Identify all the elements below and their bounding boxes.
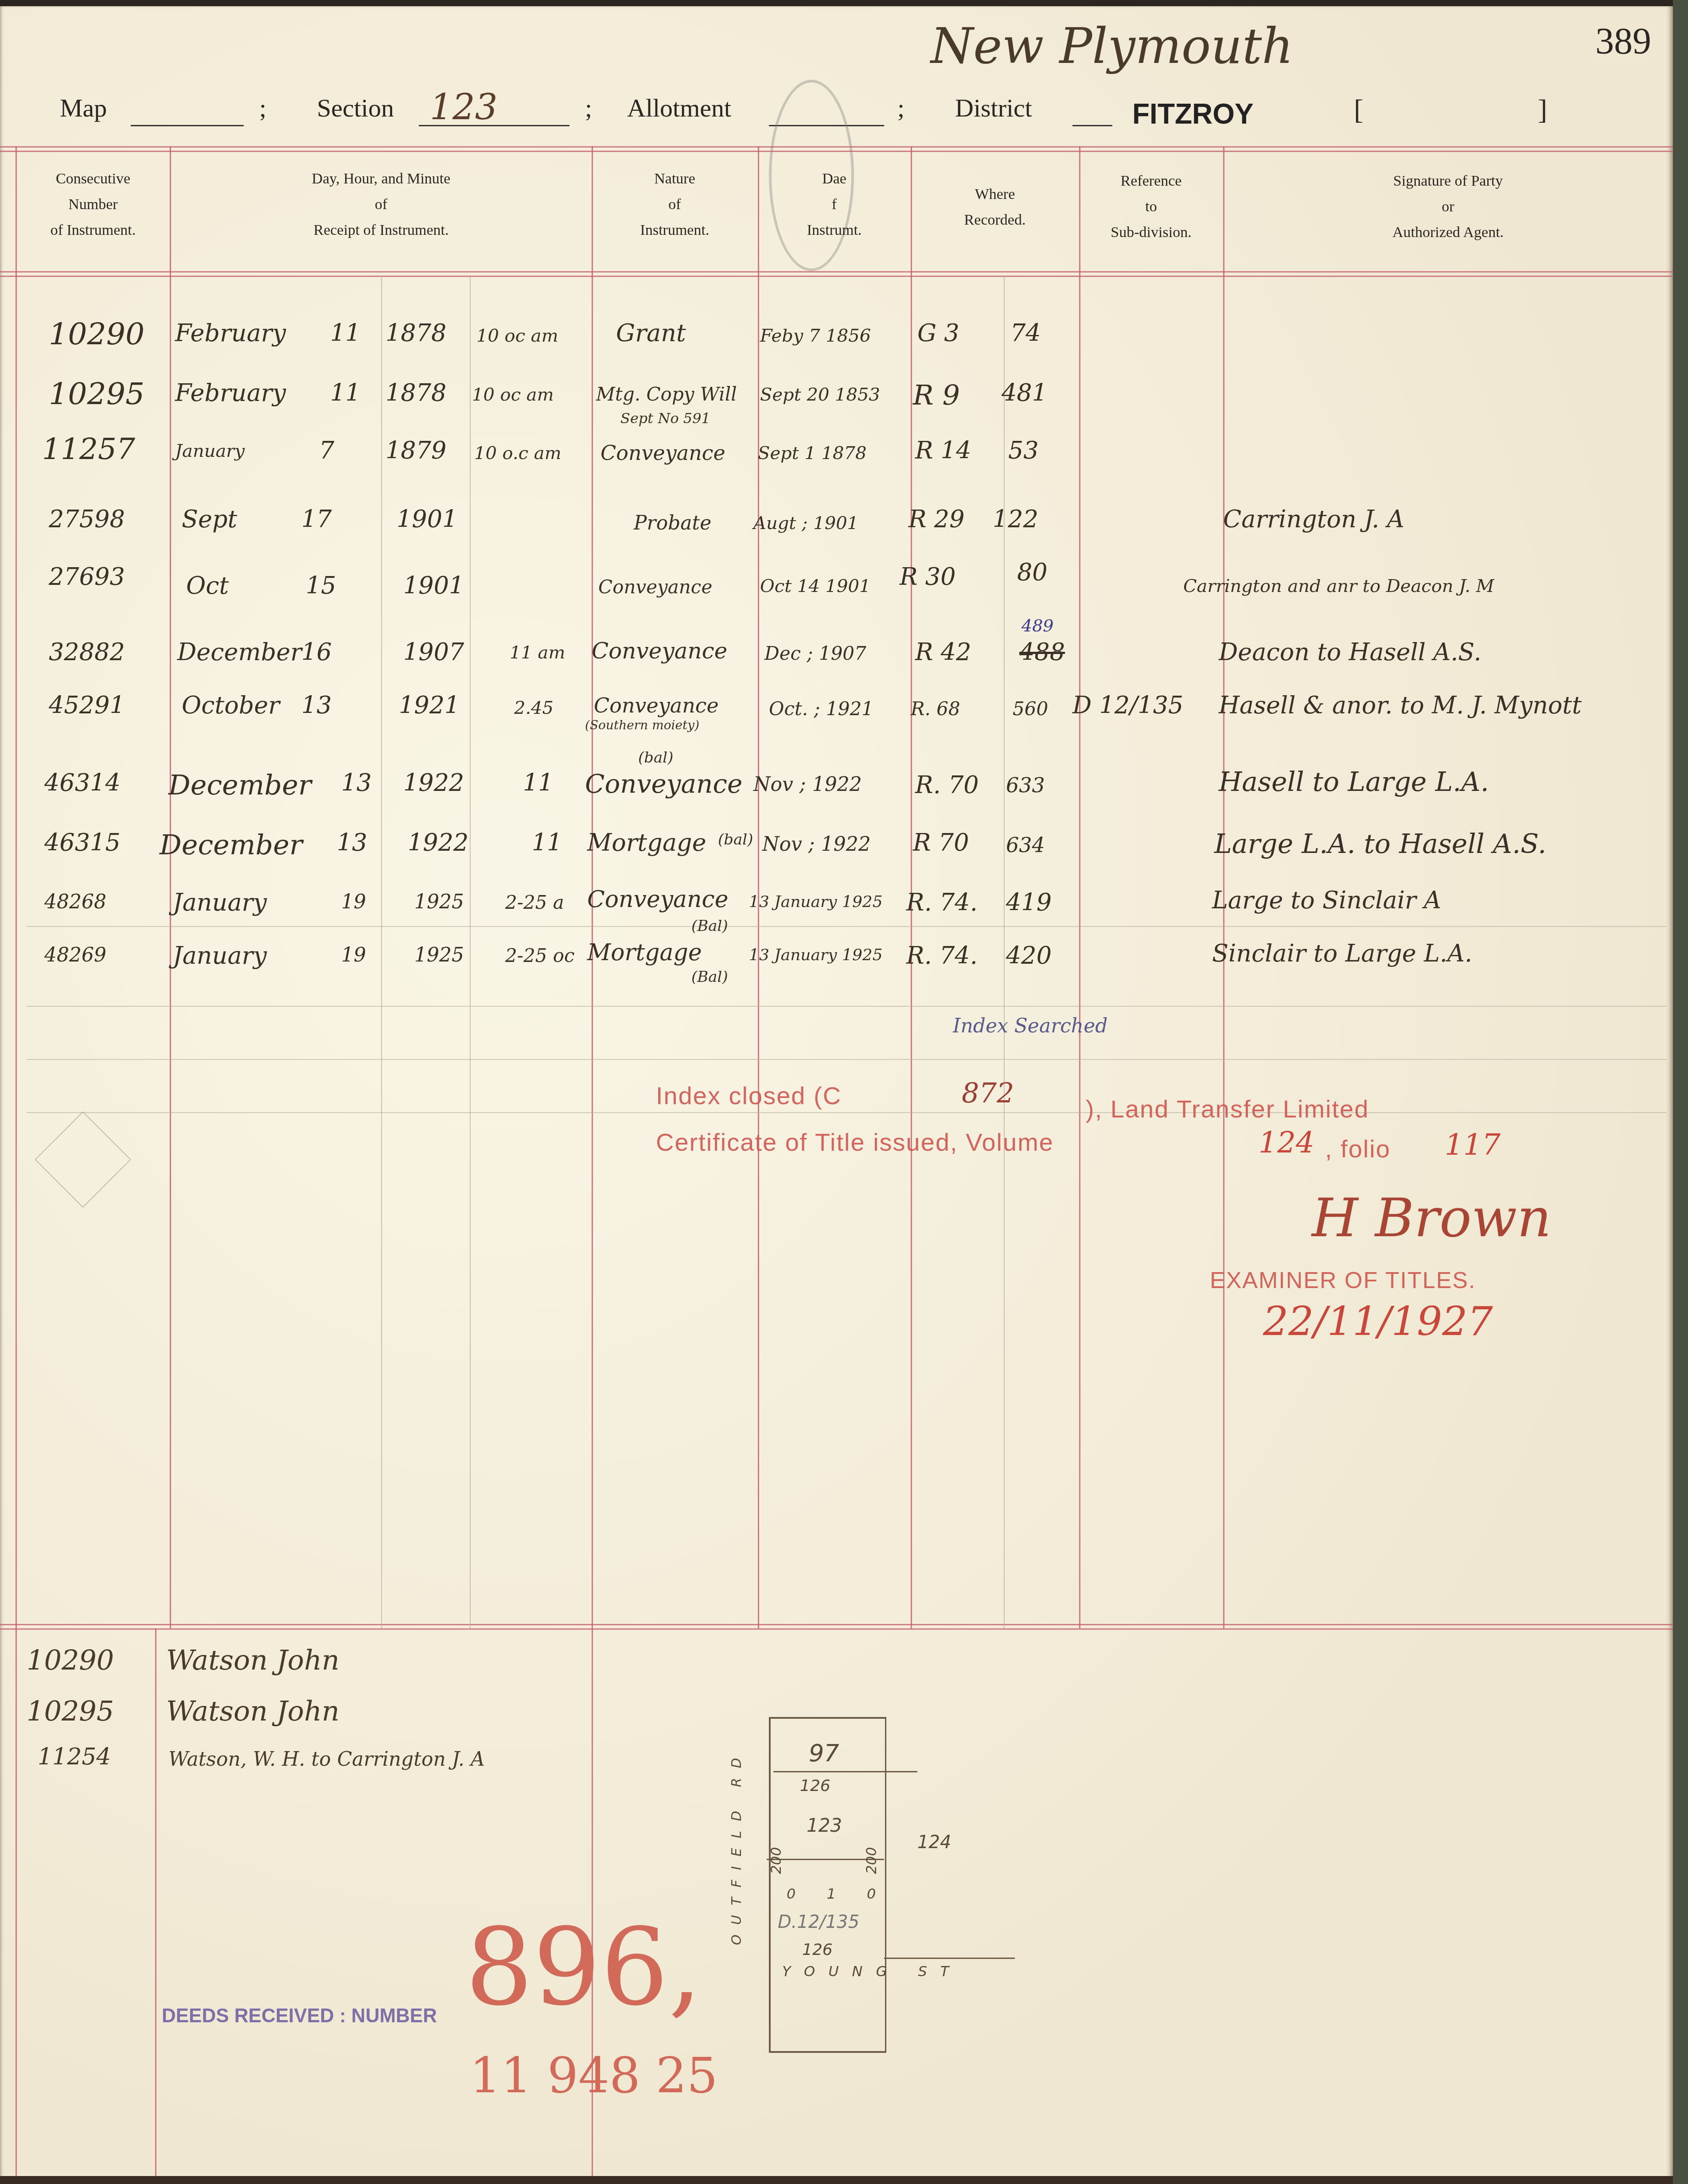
entry-time: 11 — [523, 769, 554, 797]
subcol-folio — [1004, 276, 1005, 1628]
examiner-title: EXAMINER OF TITLES. — [1210, 1267, 1476, 1294]
sketch-dim-126-top: 126 — [800, 1777, 830, 1795]
col-line-1 — [170, 146, 171, 1628]
entry-month: January — [173, 888, 267, 916]
entry-number: 27598 — [49, 505, 125, 533]
col-header-nature: Nature of Instrument. — [594, 166, 756, 243]
entry-year: 1901 — [397, 505, 457, 533]
entry-book: R. 68 — [911, 698, 960, 720]
entry-book: R. 70 — [915, 771, 979, 799]
entry-month: February — [175, 379, 286, 407]
entry-date: Augt ; 1901 — [753, 513, 858, 533]
col-line-3 — [758, 146, 759, 1628]
entry-year: 1879 — [386, 436, 446, 464]
entry-signature: Deacon to Hasell A.S. — [1219, 638, 1481, 666]
entry-book: R. 74. — [906, 888, 978, 916]
entry-signature: Large L.A. to Hasell A.S. — [1214, 829, 1546, 860]
section-field — [419, 125, 569, 126]
entry-book: G 3 — [917, 319, 959, 347]
district-field — [1072, 125, 1112, 126]
col-line-2 — [592, 146, 593, 2184]
entry-nature-note: Sept No 591 — [620, 410, 710, 427]
sketch-lot-outline — [769, 1717, 886, 2053]
examiner-date: 22/11/1927 — [1263, 1298, 1493, 1345]
col-header-reference: Reference to Sub-division. — [1081, 168, 1221, 245]
row-rule — [27, 1059, 1666, 1060]
entry-date: Sept 20 1853 — [760, 385, 880, 405]
entry-folio: 420 — [1006, 942, 1052, 969]
index-name: Watson, W. H. to Carrington J. A — [168, 1748, 485, 1771]
entry-nature: Conveyance — [592, 638, 727, 664]
entry-month: December — [160, 829, 303, 861]
entry-book: R. 74. — [906, 942, 978, 969]
col-line-lower-1 — [155, 1628, 156, 2184]
sketch-line-young — [884, 1958, 1015, 1959]
entry-month: Sept — [182, 505, 237, 533]
deeds-number: 896, — [465, 1905, 702, 2029]
entry-month: February — [175, 319, 286, 347]
allotment-sep: ; — [897, 93, 904, 123]
bracket-close: ] — [1538, 93, 1547, 126]
entry-folio: 74 — [1010, 319, 1041, 347]
entry-number: 11257 — [42, 432, 135, 466]
entry-year: 1907 — [403, 638, 464, 666]
col-line-5 — [1079, 146, 1080, 1628]
entry-day: 11 — [330, 379, 361, 407]
entry-date: Sept 1 1878 — [758, 443, 866, 463]
entry-nature: Mortgage — [587, 939, 702, 966]
entry-folio: 53 — [1008, 436, 1039, 464]
sketch-line-97 — [773, 1771, 917, 1772]
allotment-label: Allotment — [627, 93, 731, 123]
col-header-signature: Signature of Party or Authorized Agent. — [1225, 168, 1671, 245]
entry-time: 11 am — [510, 642, 565, 663]
header-bottom-rule — [0, 271, 1673, 273]
entry-day: 17 — [301, 505, 332, 533]
subcol-year — [470, 276, 471, 1628]
entry-time: 2-25 oc — [505, 945, 575, 966]
entry-day: 15 — [306, 572, 336, 600]
col-line-4 — [911, 146, 912, 1628]
page-bottom-edge — [0, 2176, 1673, 2184]
index-number: 11254 — [38, 1744, 111, 1770]
col-header-number: Consecutive Number of Instrument. — [18, 166, 168, 243]
lower-section-rule-2 — [0, 1628, 1673, 1630]
index-searched-note: Index Searched — [953, 1015, 1107, 1037]
col-header-date: Dae f Instrumt. — [760, 166, 908, 243]
entry-month: December — [168, 769, 312, 801]
entry-folio: 122 — [993, 505, 1038, 533]
entry-folio: 633 — [1006, 773, 1045, 797]
entry-folio-struck: 488 — [1019, 638, 1065, 666]
entry-signature: Large to Sinclair A — [1212, 886, 1441, 914]
entry-number: 10290 — [49, 317, 144, 352]
col-line-left-margin — [16, 146, 17, 2184]
entry-day: 19 — [341, 944, 366, 966]
entry-signature: Carrington J. A — [1223, 505, 1404, 533]
stamp-folio: 117 — [1445, 1128, 1501, 1162]
entry-month: December — [177, 638, 302, 666]
entry-signature: Sinclair to Large L.A. — [1212, 939, 1472, 967]
page-top-edge — [0, 0, 1673, 6]
row-rule — [27, 926, 1666, 927]
entry-nature: Grant — [616, 319, 686, 347]
stamp-folio-label: , folio — [1325, 1134, 1391, 1163]
entry-time: 2.45 — [514, 698, 554, 718]
subcol-day — [381, 276, 382, 1628]
entry-day: 13 — [301, 691, 332, 719]
entry-folio: 80 — [1017, 558, 1048, 586]
entry-nature: Probate — [634, 512, 711, 534]
index-number: 10290 — [27, 1644, 114, 1676]
row-rule — [27, 1006, 1666, 1007]
entry-month: October — [182, 691, 280, 719]
entry-number: 27693 — [49, 563, 125, 591]
bracket-open: [ — [1354, 93, 1363, 126]
sketch-dim-left: 200 — [768, 1847, 784, 1874]
stamp-index-closed: Index closed (C — [656, 1081, 842, 1110]
sketch-dim-126-bottom: 126 — [802, 1941, 833, 1959]
entry-number: 48268 — [44, 891, 106, 913]
col-header-where: Where Recorded. — [913, 182, 1077, 233]
entry-nature-note: (Bal) — [691, 968, 728, 986]
entry-book: R 29 — [908, 505, 965, 533]
stamp-certificate: Certificate of Title issued, Volume — [656, 1128, 1054, 1156]
col-header-receipt: Day, Hour, and Minute of Receipt of Inst… — [173, 166, 589, 243]
entry-date: Dec ; 1907 — [764, 642, 866, 664]
entry-nature-note: (Bal) — [691, 917, 728, 935]
entry-year: 1878 — [386, 379, 446, 407]
entry-nature: Conveyance — [600, 441, 725, 465]
entry-nature-note: (Southern moiety) — [585, 718, 699, 732]
sketch-lot-97: 97 — [809, 1739, 839, 1767]
index-number: 10295 — [27, 1695, 114, 1727]
entry-day: 13 — [337, 829, 367, 856]
deeds-received-stamp: DEEDS RECEIVED : NUMBER — [162, 2005, 437, 2027]
entry-signature: Hasell & anor. to M. J. Mynott — [1219, 691, 1582, 719]
stamp-land-transfer: ), Land Transfer Limited — [1086, 1094, 1369, 1123]
entry-month: Oct — [186, 572, 229, 600]
entry-folio: 560 — [1013, 698, 1048, 720]
section-value: 123 — [430, 86, 498, 128]
sketch-ref: D.12/135 — [778, 1912, 859, 1932]
entry-year: 1878 — [386, 319, 446, 347]
deeds-sub-number: 11 948 25 — [470, 2047, 718, 2104]
sketch-lot-124: 124 — [917, 1832, 951, 1853]
entry-book: R 9 — [913, 379, 960, 411]
entry-signature: Hasell to Large L.A. — [1219, 767, 1489, 798]
entry-year: 1925 — [414, 944, 464, 966]
sketch-dim-right: 200 — [863, 1847, 880, 1874]
entry-number: 46315 — [44, 829, 121, 856]
district-value: FITZROY — [1132, 97, 1254, 130]
section-label: Section — [317, 93, 394, 123]
entry-time: 10 oc am — [476, 326, 558, 346]
map-sep: ; — [259, 93, 266, 123]
entry-day: 16 — [301, 638, 332, 666]
entry-date: Nov ; 1922 — [762, 833, 871, 856]
entry-time: 10 oc am — [472, 385, 554, 405]
place-title: New Plymouth — [931, 18, 1293, 74]
header-top-rule — [0, 146, 1673, 148]
ledger-page: New Plymouth 389 Map ; Section 123 ; All… — [0, 0, 1673, 2184]
entry-folio: 634 — [1006, 833, 1045, 857]
entry-nature: Mortgage — [587, 829, 706, 856]
entry-book: R 30 — [900, 563, 956, 591]
entry-number: 32882 — [49, 638, 125, 666]
index-name: Watson John — [166, 1644, 339, 1676]
entry-book: R 42 — [915, 638, 971, 666]
entry-number: 45291 — [49, 691, 125, 719]
entry-number: 48269 — [44, 944, 106, 966]
entry-nature-note: (bal) — [638, 749, 673, 767]
entry-year: 1922 — [403, 769, 464, 797]
entry-day: 19 — [341, 891, 366, 913]
lower-section-rule — [0, 1624, 1673, 1625]
section-sep: ; — [585, 93, 592, 123]
entry-nature: Conveyance — [587, 886, 729, 913]
sketch-lot-123: 123 — [807, 1814, 842, 1836]
entry-year: 1921 — [399, 691, 460, 719]
entry-day: 11 — [330, 319, 361, 347]
map-field — [131, 125, 244, 126]
district-label: District — [955, 93, 1032, 123]
entry-date: Oct. ; 1921 — [769, 698, 873, 720]
entry-date: Nov ; 1922 — [753, 773, 862, 796]
entry-number: 10295 — [49, 377, 144, 412]
entry-day: 7 — [319, 436, 334, 464]
entry-folio-corrected: 489 — [1021, 616, 1054, 635]
entry-nature: Conveyance — [598, 576, 712, 598]
entry-date: 13 January 1925 — [749, 946, 883, 964]
sketch-road-young: YOUNG ST — [782, 1963, 962, 1980]
entry-time: 10 o.c am — [474, 443, 561, 463]
entry-nature: Conveyance — [594, 693, 719, 717]
pencil-doodle — [35, 1111, 131, 1208]
entry-time: 11 — [532, 829, 562, 856]
sketch-road-outfield: OUTFIELD RD — [729, 1748, 745, 1945]
entry-date: 13 January 1925 — [749, 893, 883, 911]
header-top-rule-2 — [0, 151, 1673, 152]
entry-month: January — [173, 942, 267, 969]
sketch-area: 0 1 0 — [787, 1885, 889, 1902]
map-label: Map — [60, 93, 107, 123]
entry-nature-note: (bal) — [718, 831, 753, 849]
entry-nature: Conveyance — [585, 769, 742, 799]
stamp-volume: 124 — [1259, 1125, 1314, 1160]
entry-day: 13 — [341, 769, 372, 797]
row-rule — [27, 1112, 1666, 1113]
entry-reference: D 12/135 — [1072, 691, 1183, 719]
entry-folio: 481 — [1002, 379, 1047, 407]
entry-year: 1925 — [414, 891, 464, 913]
entry-number: 46314 — [44, 769, 121, 797]
entry-time: 2-25 a — [505, 892, 564, 913]
entry-folio: 419 — [1006, 888, 1052, 916]
header-bottom-rule-2 — [0, 276, 1673, 277]
examiner-signature: H Brown — [1312, 1187, 1552, 1249]
entry-date: Oct 14 1901 — [760, 576, 870, 596]
entry-nature: Mtg. Copy Will — [596, 383, 737, 405]
entry-year: 1922 — [408, 829, 468, 856]
page-number: 389 — [1595, 20, 1651, 63]
index-name: Watson John — [166, 1695, 339, 1727]
entry-month: January — [175, 441, 245, 461]
stamp-index-number: 872 — [962, 1077, 1014, 1109]
entry-date: Feby 7 1856 — [760, 326, 871, 346]
entry-book: R 14 — [915, 436, 971, 464]
entry-book: R 70 — [913, 829, 969, 856]
entry-signature: Carrington and anr to Deacon J. M — [1183, 576, 1494, 596]
entry-year: 1901 — [403, 572, 464, 600]
